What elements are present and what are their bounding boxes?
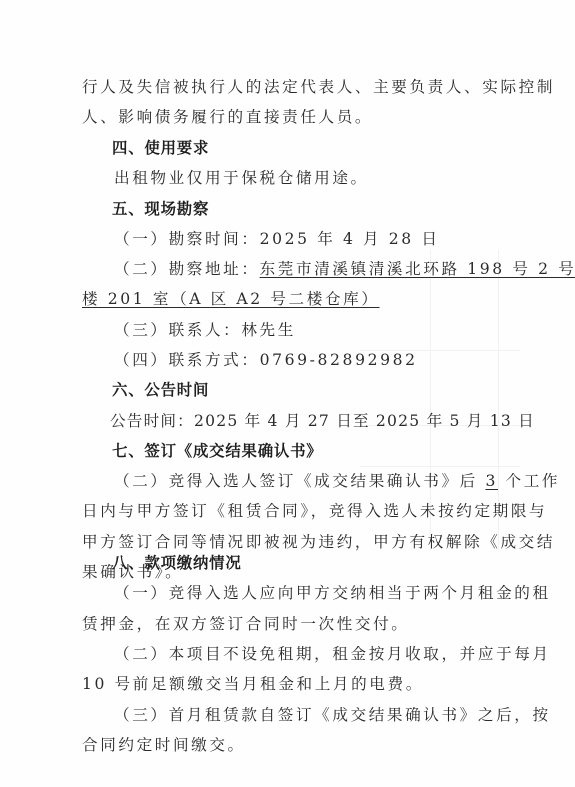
usage-text: 出租物业仅用于保税仓储用途。 <box>114 168 554 188</box>
section-heading-usage: 四、使用要求 <box>112 138 552 158</box>
inspection-address: （二）勘察地址：东莞市清溪镇清溪北环路 198 号 2 号 <box>114 259 554 279</box>
paragraph-line: 10 号前足额缴交当月租金和上月的电费。 <box>82 674 522 694</box>
contact-phone-label: （四）联系方式： <box>114 351 260 369</box>
paragraph-line: （二）竞得入选人签订《成交结果确认书》后 3 个工作 <box>114 471 554 491</box>
contact-person: （三）联系人：林先生 <box>114 320 554 340</box>
inspection-address-value-cont: 楼 201 室（A 区 A2 号二楼仓库） <box>82 290 380 308</box>
paragraph-line: （二）本项目不设免租期，租金按月收取，并应于每月 <box>114 644 554 664</box>
sign-deadline-days: 3 <box>485 472 498 490</box>
contact-phone-value: 0769-82892982 <box>260 351 418 369</box>
inspection-time-label: （一）勘察时间： <box>114 230 260 248</box>
paragraph-line: 赁押金，在双方签订合同时一次性交付。 <box>82 614 522 634</box>
inspection-address-label: （二）勘察地址： <box>114 260 260 278</box>
contact-phone: （四）联系方式：0769-82892982 <box>114 350 554 370</box>
section-heading-payment: 八、款项缴纳情况 <box>112 553 552 573</box>
inspection-time-value: 2025 年 4 月 28 日 <box>260 230 440 248</box>
paragraph-line: （一）竞得入选人应向甲方交纳相当于两个月租金的租 <box>114 583 554 603</box>
inspection-address-cont: 楼 201 室（A 区 A2 号二楼仓库） <box>82 289 522 309</box>
section-heading-sign-confirmation: 七、签订《成交结果确认书》 <box>112 441 552 461</box>
announcement-period: 公告时间：2025 年 4 月 27 日至 2025 年 5 月 13 日 <box>110 411 550 431</box>
paragraph-line: 合同约定时间缴交。 <box>82 735 522 755</box>
paragraph-line: 人、影响债务履行的直接责任人员。 <box>82 107 522 127</box>
paragraph-line: 行人及失信被执行人的法定代表人、主要负责人、实际控制 <box>82 77 522 97</box>
paragraph-line: （三）首月租赁款自签订《成交结果确认书》之后，按 <box>114 705 554 725</box>
paragraph-line: 日内与甲方签订《租赁合同》，竞得入选人未按约定期限与 <box>82 501 522 521</box>
show-through-mark <box>360 466 520 467</box>
inspection-address-value: 东莞市清溪镇清溪北环路 198 号 2 号 <box>260 260 575 278</box>
sign-deadline-text-cont: 个工作 <box>498 472 560 490</box>
contact-person-value: 林先生 <box>241 321 296 339</box>
contact-person-label: （三）联系人： <box>114 321 241 339</box>
paragraph-line: 甲方签订合同等情况即被视为违约，甲方有权解除《成交结 <box>82 532 522 552</box>
sign-deadline-text: （二）竞得入选人签订《成交结果确认书》后 <box>114 472 485 490</box>
section-heading-site-inspection: 五、现场勘察 <box>112 199 552 219</box>
document-page: 行人及失信被执行人的法定代表人、主要负责人、实际控制 人、影响债务履行的直接责任… <box>0 0 575 787</box>
section-heading-announcement-time: 六、公告时间 <box>112 380 552 400</box>
inspection-time: （一）勘察时间：2025 年 4 月 28 日 <box>114 229 554 249</box>
